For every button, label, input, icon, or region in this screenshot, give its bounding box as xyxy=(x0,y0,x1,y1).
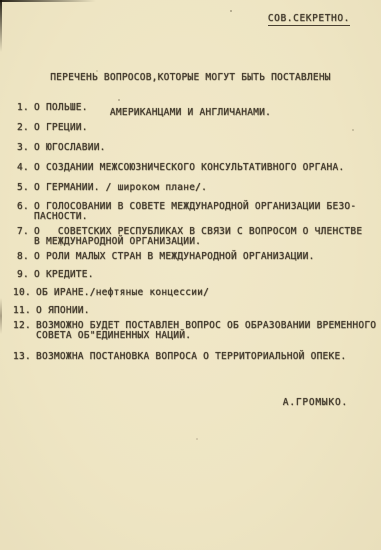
item-number: 9. xyxy=(17,270,34,280)
item-number: 11. xyxy=(13,306,36,316)
scan-edge-left xyxy=(0,0,2,52)
item-number: 3. xyxy=(17,143,34,153)
item-number: 13. xyxy=(13,352,36,362)
item-number: 4. xyxy=(17,163,34,173)
item-text: О ГЕРМАНИИ. / широком плане/. xyxy=(34,183,207,193)
item-text: О ГОЛОСОВАНИИ В СОВЕТЕ МЕЖДУНАРОДНОЙ ОРГ… xyxy=(34,202,356,222)
item-number: 8. xyxy=(17,252,34,262)
item-text: О ГРЕЦИИ. xyxy=(34,123,88,133)
list-item: 7. О СОВЕТСКИХ РЕСПУБЛИКАХ В СВЯЗИ С ВОП… xyxy=(17,227,362,247)
item-text: О ПОЛЬШЕ. xyxy=(34,103,88,113)
paper-specks xyxy=(0,0,2,2)
item-text: ВОЗМОЖНА ПОСТАНОВКА ВОПРОСА О ТЕРРИТОРИА… xyxy=(36,352,346,362)
item-number: 12. xyxy=(13,321,36,341)
scan-edge-smudge xyxy=(0,298,2,334)
item-number: 7. xyxy=(17,227,34,247)
item-number: 10. xyxy=(13,288,36,298)
list-item: 8. О РОЛИ МАЛЫХ СТРАН В МЕЖДУНАРОДНОЙ ОР… xyxy=(17,252,315,262)
item-text: О КРЕДИТЕ. xyxy=(34,270,94,280)
list-item: 6. О ГОЛОСОВАНИИ В СОВЕТЕ МЕЖДУНАРОДНОЙ … xyxy=(17,202,356,222)
paper-sheet: СОВ.СЕКРЕТНО. ПЕРЕЧЕНЬ ВОПРОСОВ,КОТОРЫЕ … xyxy=(0,0,381,550)
list-item: 1. О ПОЛЬШЕ. xyxy=(17,103,88,113)
item-text: О РОЛИ МАЛЫХ СТРАН В МЕЖДУНАРОДНОЙ ОРГАН… xyxy=(34,252,315,262)
item-number: 1. xyxy=(17,103,34,113)
list-item: 10. ОБ ИРАНЕ./нефтяные концессии/ xyxy=(13,288,209,298)
item-number: 2. xyxy=(17,123,34,133)
list-item: 4. О СОЗДАНИИ МЕЖСОЮЗНИЧЕСКОГО КОНСУЛЬТА… xyxy=(17,163,344,173)
list-item: 13. ВОЗМОЖНА ПОСТАНОВКА ВОПРОСА О ТЕРРИТ… xyxy=(13,352,346,362)
list-item: 11. О ЯПОНИИ. xyxy=(13,306,90,316)
list-item: 3. О ЮГОСЛАВИИ. xyxy=(17,143,106,153)
list-item: 2. О ГРЕЦИИ. xyxy=(17,123,88,133)
item-text: О ЮГОСЛАВИИ. xyxy=(34,143,106,153)
item-text: О СОЗДАНИИ МЕЖСОЮЗНИЧЕСКОГО КОНСУЛЬТАТИВ… xyxy=(34,163,344,173)
item-number: 5. xyxy=(17,183,34,193)
item-number: 6. xyxy=(17,202,34,222)
list-item: 5. О ГЕРМАНИИ. / широком плане/. xyxy=(17,183,207,193)
scan-edge-top xyxy=(0,0,96,2)
item-text: ОБ ИРАНЕ./нефтяные концессии/ xyxy=(36,288,209,298)
item-text: О СОВЕТСКИХ РЕСПУБЛИКАХ В СВЯЗИ С ВОПРОС… xyxy=(34,227,362,247)
signature: А.ГРОМЫКО. xyxy=(283,397,348,408)
item-text: О ЯПОНИИ. xyxy=(36,306,90,316)
list-item: 9. О КРЕДИТЕ. xyxy=(17,270,94,280)
document-title-line1: ПЕРЕЧЕНЬ ВОПРОСОВ,КОТОРЫЕ МОГУТ БЫТЬ ПОС… xyxy=(0,72,381,84)
classification-stamp: СОВ.СЕКРЕТНО. xyxy=(268,13,350,26)
item-text: ВОЗМОЖНО БУДЕТ ПОСТАВЛЕН ВОПРОС ОБ ОБРАЗ… xyxy=(36,321,376,341)
list-item: 12. ВОЗМОЖНО БУДЕТ ПОСТАВЛЕН ВОПРОС ОБ О… xyxy=(13,321,376,341)
